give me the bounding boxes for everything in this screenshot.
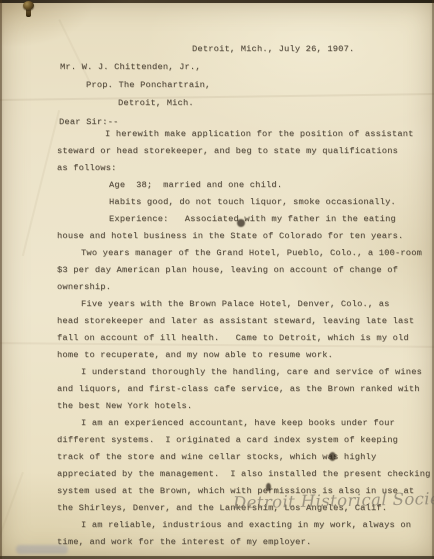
letter-line: and liquors, and first-class cafe servic… — [57, 381, 429, 398]
letter-line: Five years with the Brown Palace Hotel, … — [57, 296, 429, 313]
recipient-city: Detroit, Mich. — [118, 98, 194, 108]
letter-scan: Detroit, Mich., July 26, 1907. Mr. W. J.… — [0, 0, 434, 559]
dateline: Detroit, Mich., July 26, 1907. — [192, 44, 354, 54]
brass-fastener-icon — [22, 0, 36, 18]
letter-line: I understand thoroughly the handling, ca… — [57, 364, 429, 381]
letter-line: house and hotel business in the State of… — [57, 228, 429, 245]
letter-line: steward or head storekeeper, and beg to … — [57, 143, 429, 160]
letter-line: head storekeeper and later as assistant … — [57, 313, 429, 330]
letter-line: time, and work for the interest of my em… — [57, 534, 429, 551]
letter-line: I am reliable, industrious and exacting … — [57, 517, 429, 534]
ink-blot — [329, 452, 336, 461]
letter-line: ownership. — [57, 279, 429, 296]
letter-line: Age 38; married and one child. — [57, 177, 429, 194]
letter-line: track of the store and wine cellar stock… — [57, 449, 429, 466]
letter-body: I herewith make application for the posi… — [57, 126, 429, 551]
letter-line: $3 per day American plan house, leaving … — [57, 262, 429, 279]
letter-line: I herewith make application for the posi… — [57, 126, 429, 143]
paper-crease — [0, 472, 23, 538]
scan-left-edge — [0, 0, 2, 559]
pencil-smudge — [16, 545, 68, 554]
letter-line: different systems. I originated a card i… — [57, 432, 429, 449]
paper-crease — [22, 110, 60, 256]
ink-blot — [266, 483, 271, 491]
scan-top-edge — [0, 0, 434, 3]
paper-crease — [58, 19, 91, 84]
letter-line: as follows: — [57, 160, 429, 177]
paper-crease — [0, 93, 434, 101]
letter-line: the best New York hotels. — [57, 398, 429, 415]
letter-line: fall on account of ill health. Came to D… — [57, 330, 429, 347]
fastener-head — [23, 1, 34, 10]
recipient-title: Prop. The Ponchartrain, — [86, 80, 211, 90]
letter-line: Habits good, do not touch liquor, smoke … — [57, 194, 429, 211]
letter-line: I am an experienced accountant, have kee… — [57, 415, 429, 432]
ink-blot — [237, 219, 245, 227]
letter-line: Two years manager of the Grand Hotel, Pu… — [57, 245, 429, 262]
recipient-name: Mr. W. J. Chittenden, Jr., — [60, 62, 201, 72]
letter-line: appreciated by the management. I also in… — [57, 466, 429, 483]
letter-line: home to recuperate, and my now able to r… — [57, 347, 429, 364]
